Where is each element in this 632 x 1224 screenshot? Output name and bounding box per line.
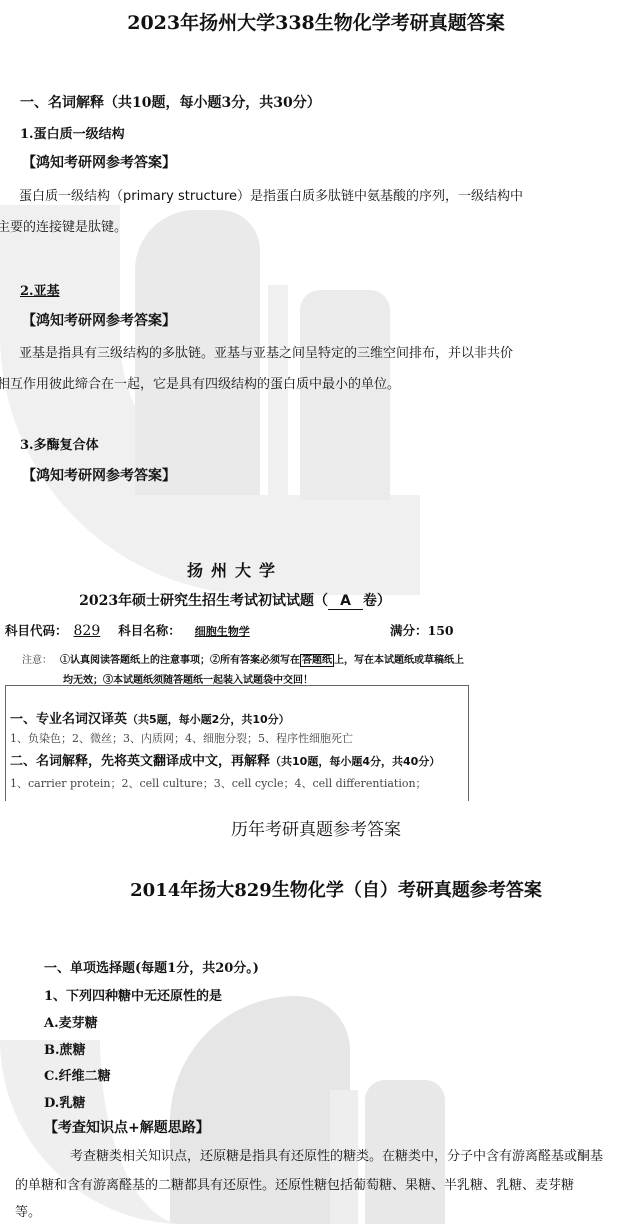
exam-score: 满分：150 [390, 621, 454, 639]
doc3-section-heading: 一、单项选择题(每题1分，共20分。) [44, 957, 259, 976]
doc1-question-1: 1.蛋白质一级结构 [20, 123, 125, 142]
exam-title: 2023年硕士研究生招生考试初试试题（A卷） [0, 590, 470, 610]
exam-note-boxed: 答题纸 [300, 654, 334, 667]
exam-title-prefix: 2023年硕士研究生招生考试初试试题（ [79, 593, 328, 609]
exam-score-value: 150 [428, 623, 454, 638]
exam-note-text-b: 上，写在本试题纸或草稿纸上 [334, 655, 464, 666]
exam-subject-meta: 科目代码：829科目名称：细胞生物学 [5, 621, 250, 639]
exam-code-label: 科目代码： [5, 623, 68, 638]
doc1-answer-label-2: 【鸿知考研网参考答案】 [22, 310, 176, 330]
doc3-option-a: A.麦芽糖 [44, 1012, 98, 1031]
doc1-answer-label-1: 【鸿知考研网参考答案】 [22, 152, 176, 172]
doc1-answer-2-line-2: 相互作用彼此缔合在一起，它是具有四级结构的蛋白质中最小的单位。 [0, 373, 400, 392]
doc1-answer-label-3: 【鸿知考研网参考答案】 [22, 465, 176, 485]
exam-note-line-2: 均无效；③本试题纸须随答题纸一起装入试题袋中交回！ [63, 671, 313, 686]
exam-score-label: 满分： [390, 623, 428, 638]
doc1-answer-1-line-1: 蛋白质一级结构（primary structure）是指蛋白质多肽链中氨基酸的序… [19, 185, 523, 204]
exam-code: 829 [74, 623, 101, 639]
exam-section-b-heading: 二、名词解释，先将英文翻译成中文，再解释（共10题，每小题4分，共40分） [10, 750, 440, 769]
doc3-option-d: D.乳糖 [44, 1092, 85, 1111]
exam-note-line-1: 注意：①认真阅读答题纸上的注意事项；②所有答案必须写在答题纸上，写在本试题纸或草… [22, 651, 464, 666]
exam-paper-type: A [328, 593, 363, 610]
exam-note-text-a: ①认真阅读答题纸上的注意事项；②所有答案必须写在 [60, 655, 300, 666]
exam-subject-label: 科目名称： [118, 623, 181, 638]
doc3-title: 历年考研真题参考答案 [0, 815, 632, 840]
doc3-analysis-line-3: 等。 [15, 1201, 41, 1220]
doc3-analysis-line-2: 的单糖和含有游离醛基的二糖都具有还原性。还原性糖包括葡萄糖、果糖、半乳糖、乳糖、… [15, 1174, 574, 1193]
doc1-answer-2-line-1: 亚基是指具有三级结构的多肽链。亚基与亚基之间呈特定的三维空间排布，并以非共价 [19, 342, 513, 361]
doc3-option-c: C.纤维二糖 [44, 1065, 111, 1084]
exam-section-b-items: 1、carrier protein；2、cell culture；3、cell … [10, 775, 427, 791]
exam-section-a-title: 一、专业名词汉译英 [10, 712, 127, 727]
exam-section-a-items: 1、负染色；2、微丝；3、内质网；4、细胞分裂；5、程序性细胞死亡 [10, 730, 353, 746]
doc1-section-heading: 一、名词解释（共10题，每小题3分，共30分） [20, 92, 321, 112]
exam-title-suffix: 卷） [363, 593, 391, 609]
doc3-subtitle: 2014年扬大829生物化学（自）考研真题参考答案 [0, 876, 632, 902]
doc1-question-3: 3.多酶复合体 [20, 434, 99, 453]
doc1-answer-1-line-2: 主要的连接键是肽键。 [0, 216, 127, 235]
logo-watermark-bar2-top [300, 290, 390, 500]
doc3-analysis-line-1: 考查糖类相关知识点，还原糖是指具有还原性的糖类。在糖类中，分子中含有游离醛基或酮… [70, 1145, 603, 1164]
doc1-title: 2023年扬州大学338生物化学考研真题答案 [0, 8, 632, 35]
doc3-analysis-label: 【考查知识点+解题思路】 [44, 1117, 210, 1137]
exam-university: 扬州大学 [0, 558, 470, 581]
exam-section-a-heading: 一、专业名词汉译英（共5题，每小题2分，共10分） [10, 708, 290, 727]
exam-section-a-points: （共5题，每小题2分，共10分） [127, 713, 290, 726]
doc3-question: 1、下列四种糖中无还原性的是 [44, 985, 222, 1004]
exam-subject: 细胞生物学 [195, 625, 250, 638]
exam-note-label: 注意： [22, 655, 52, 666]
exam-section-b-points: （共10题，每小题4分，共40分） [270, 755, 440, 768]
exam-section-b-title: 二、名词解释，先将英文翻译成中文，再解释 [10, 754, 270, 769]
doc1-question-2: 2.亚基 [20, 280, 60, 299]
doc3-option-b: B.蔗糖 [44, 1039, 86, 1058]
